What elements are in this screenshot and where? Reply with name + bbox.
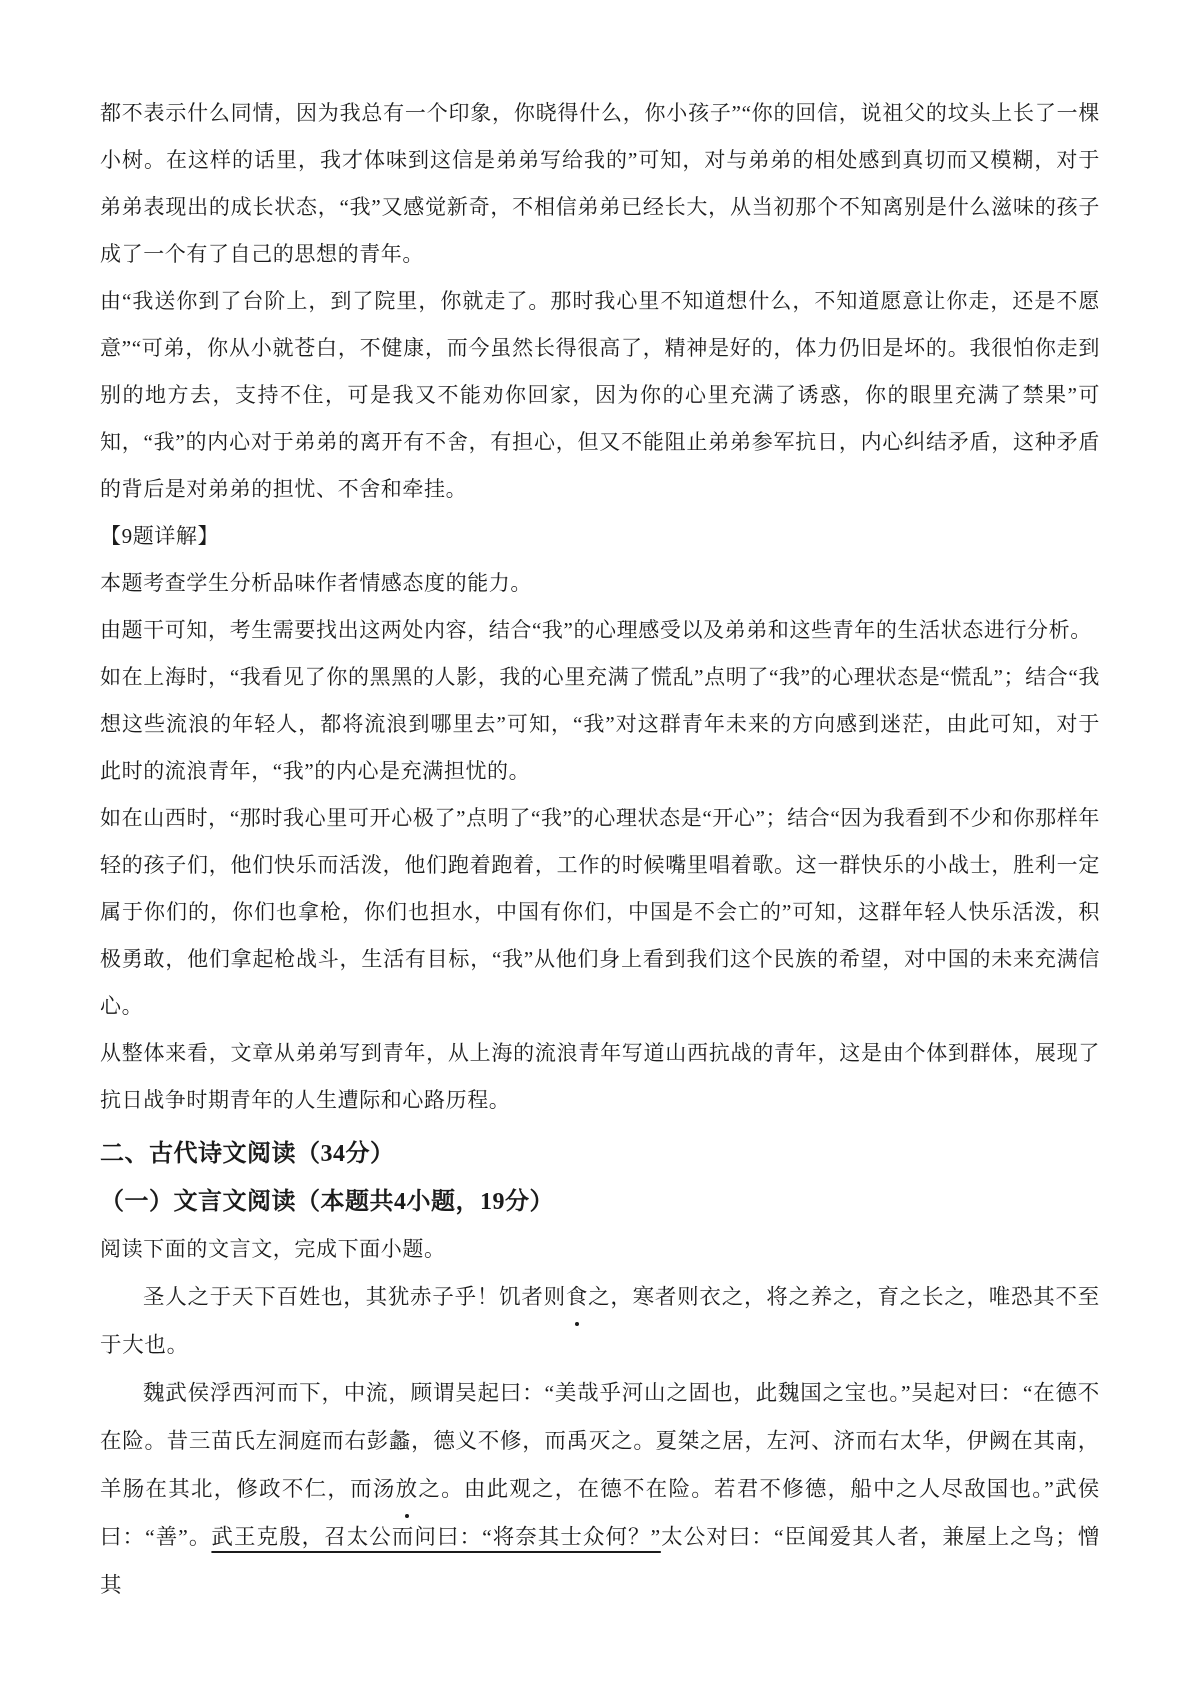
passage-segment-dot: 食 [566, 1273, 588, 1321]
answer-8-paragraph-2: 由“我送你到了台阶上，到了院里，你就走了。那时我心里不知道想什么，不知道愿意让你… [100, 278, 1100, 513]
document-page: 都不表示什么同情，因为我总有一个印象，你晓得什么，你小孩子”“你的回信，说祖父的… [0, 0, 1200, 1698]
question-9-intro: 本题考查学生分析品味作者情感态度的能力。 [100, 560, 1100, 607]
reading-instruction: 阅读下面的文言文，完成下面小题。 [100, 1226, 1100, 1273]
section-heading-ancient-poetry-reading: 二、古代诗文阅读（34分） [100, 1130, 1100, 1178]
classical-passage-paragraph-2: 魏武侯浮西河而下，中流，顾谓吴起曰：“美哉乎河山之固也，此魏国之宝也。”吴起对曰… [100, 1369, 1100, 1609]
passage-segment-normal: 圣人之于天下百姓也，其犹赤子乎！饥者则 [143, 1285, 566, 1309]
passage-segment-dot: 放 [396, 1465, 418, 1513]
subsection-heading-classical-chinese-reading: （一）文言文阅读（本题共4小题，19分） [100, 1178, 1100, 1226]
question-9-analysis-paragraph-3: 如在山西时，“那时我心里可开心极了”点明了“我”的心理状态是“开心”；结合“因为… [100, 795, 1100, 1030]
classical-passage-paragraph-1: 圣人之于天下百姓也，其犹赤子乎！饥者则食之，寒者则衣之，将之养之，育之长之，唯恐… [100, 1273, 1100, 1369]
question-9-analysis-paragraph-4: 从整体来看，文章从弟弟写到青年，从上海的流浪青年写道山西抗战的青年，这是由个体到… [100, 1030, 1100, 1124]
question-9-detail-label: 【9题详解】 [100, 513, 1100, 560]
question-9-analysis-paragraph-1: 由题干可知，考生需要找出这两处内容，结合“我”的心理感受以及弟弟和这些青年的生活… [100, 607, 1100, 654]
answer-8-paragraph-1: 都不表示什么同情，因为我总有一个印象，你晓得什么，你小孩子”“你的回信，说祖父的… [100, 90, 1100, 278]
passage-segment-underline: 武王克殷，召太公而问曰：“将奈其士众何？” [211, 1525, 660, 1549]
question-9-analysis-paragraph-2: 如在上海时，“我看见了你的黑黑的人影，我的心里充满了慌乱”点明了“我”的心理状态… [100, 654, 1100, 795]
